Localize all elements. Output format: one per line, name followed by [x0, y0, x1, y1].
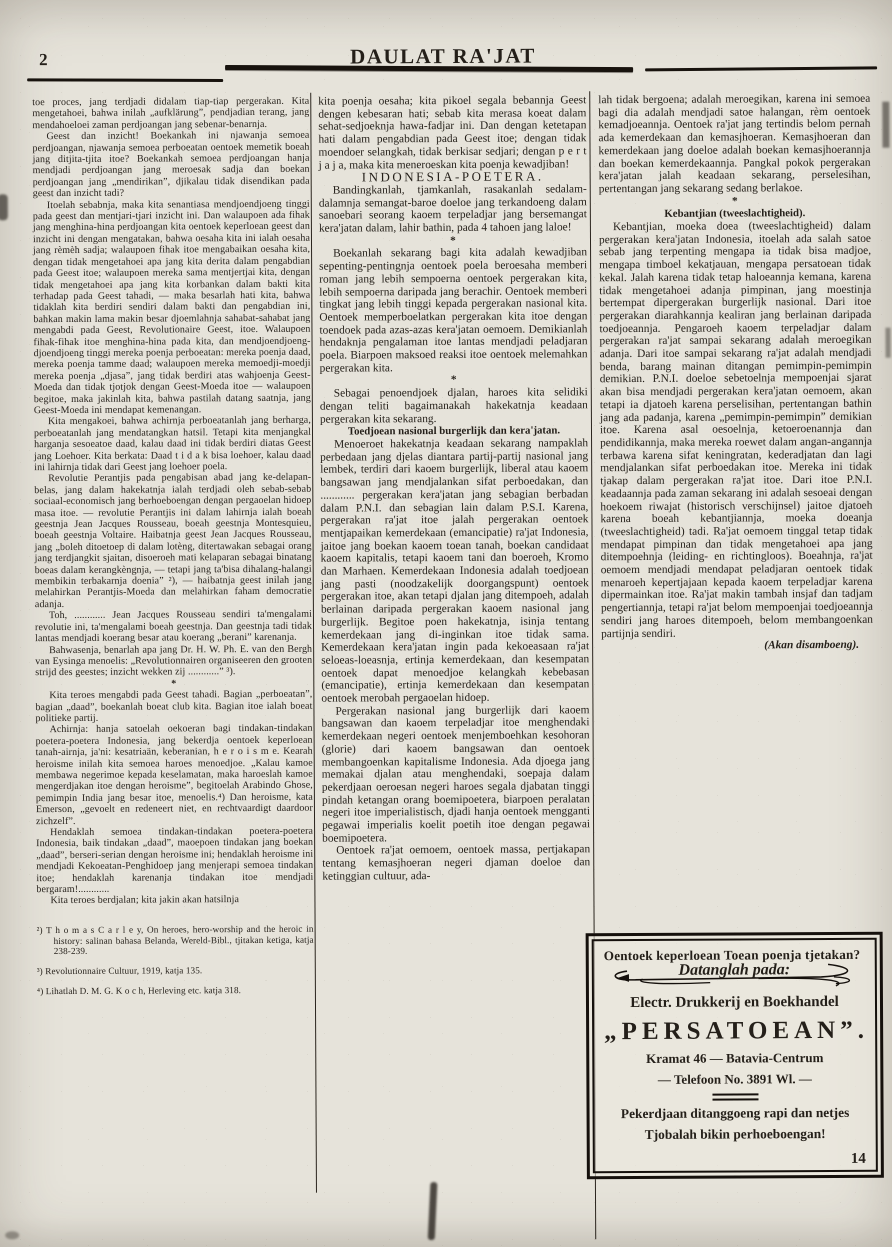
text-block: (Akan disamboeng). [601, 639, 873, 653]
text-block: Geest dan inzicht! Boekankah ini njawanj… [32, 130, 309, 200]
text-block: Kebantjian, moeka doea (tweeslachtigheid… [599, 220, 873, 641]
ink-smudge [428, 1182, 438, 1240]
scan-tilt-wrapper: 2 DAULAT RA'JAT toe proces, jang terdjad… [0, 0, 892, 1247]
header-rule-center [225, 65, 633, 72]
ad-double-rule [712, 1093, 758, 1100]
column-1-blocks: toe proces, jang terdjadi didalam tiap-t… [32, 96, 313, 907]
text-block: Boekanlah sekarang bagi kita adalah kewa… [319, 247, 588, 375]
text-block: Toh, ............ Jean Jacques Rousseau … [35, 609, 312, 645]
text-block: toe proces, jang terdjadi didalam tiap-t… [32, 96, 309, 132]
text-block: Kita teroes berdjalan; kita jakin akan h… [36, 894, 313, 907]
text-block: Kita mengakoei, bahwa achirnja perboeata… [34, 415, 311, 473]
edge-smudge [882, 102, 889, 148]
ad-address: Kramat 46 — Batavia-Centrum [604, 1050, 865, 1067]
ad-tagline-2: Tjobalah bikin perhoeboengan! [605, 1126, 866, 1143]
text-block: Revolutie Perantjis pada pengabisan abad… [34, 472, 312, 610]
footnotes: ²) T h o m a s C a r l e y, On heroes, h… [37, 924, 314, 998]
column-3: lah tidak bergoena; adalah meroegikan, k… [598, 93, 873, 653]
advertisement-inner-border: Oentoek keperloean Toean poenja tjetakan… [592, 938, 878, 1173]
newspaper-page: 2 DAULAT RA'JAT toe proces, jang terdjad… [0, 0, 892, 1247]
text-block: Achirnja: hanja satoelah oekoeran bagi t… [36, 723, 314, 827]
text-block: Kita teroes mengabdi pada Geest tahadi. … [35, 689, 312, 725]
ad-business-name: „PERSATOEAN”. [604, 1017, 865, 1046]
text-block: Hendaklah semoea tindakan-tindakan poete… [36, 826, 313, 896]
text-block: lah tidak bergoena; adalah meroegikan, k… [598, 93, 871, 196]
column-2: kita poenja oesaha; kita pikoel segala b… [318, 94, 590, 883]
footnote: ²) T h o m a s C a r l e y, On heroes, h… [37, 924, 314, 958]
footnote: ³) Revolutionnaire Cultuur, 1919, katja … [37, 965, 314, 977]
text-block: Bandingkanlah, tjamkanlah, rasakanlah se… [319, 183, 587, 235]
ad-number: 14 [851, 1151, 866, 1168]
header-rule-right [645, 66, 877, 71]
text-block: Pergerakan nasional jang burgerlijk dari… [321, 704, 590, 845]
text-block: Oentoek ra'jat oemoem, oentoek massa, pe… [322, 844, 590, 884]
column-1: toe proces, jang terdjadi didalam tiap-t… [32, 96, 314, 999]
edge-smudge [5, 1231, 19, 1239]
ad-tagline-1: Pekerdjaan ditanggoeng rapi dan netjes [605, 1105, 866, 1122]
column-2-blocks: kita poenja oesaha; kita pikoel segala b… [318, 94, 590, 883]
column-3-blocks: lah tidak bergoena; adalah meroegikan, k… [598, 93, 873, 653]
footnote: ⁴) Lihatlah D. M. G. K o c h, Herleving … [37, 985, 314, 997]
text-block: kita poenja oesaha; kita pikoel segala b… [318, 94, 586, 172]
edge-smudge [885, 328, 890, 358]
text-block: Itoelah sebabnja, maka kita senantiasa m… [33, 198, 311, 416]
text-block: Menoeroet hakekatnja keadaan sekarang na… [320, 437, 589, 705]
header-rule-left [27, 78, 223, 81]
ad-telephone: — Telefoon No. 3891 Wl. — [604, 1071, 865, 1088]
edge-smudge [0, 194, 8, 220]
text-block: Sebagai penoendjoek djalan, haroes kita … [320, 386, 588, 426]
text-block: Bahwasenja, benarlah apa jang Dr. H. W. … [35, 643, 312, 679]
advertisement-box: Oentoek keperloean Toean poenja tjetakan… [586, 932, 884, 1180]
ad-business-type: Electr. Drukkerij en Boekhandel [604, 994, 865, 1012]
